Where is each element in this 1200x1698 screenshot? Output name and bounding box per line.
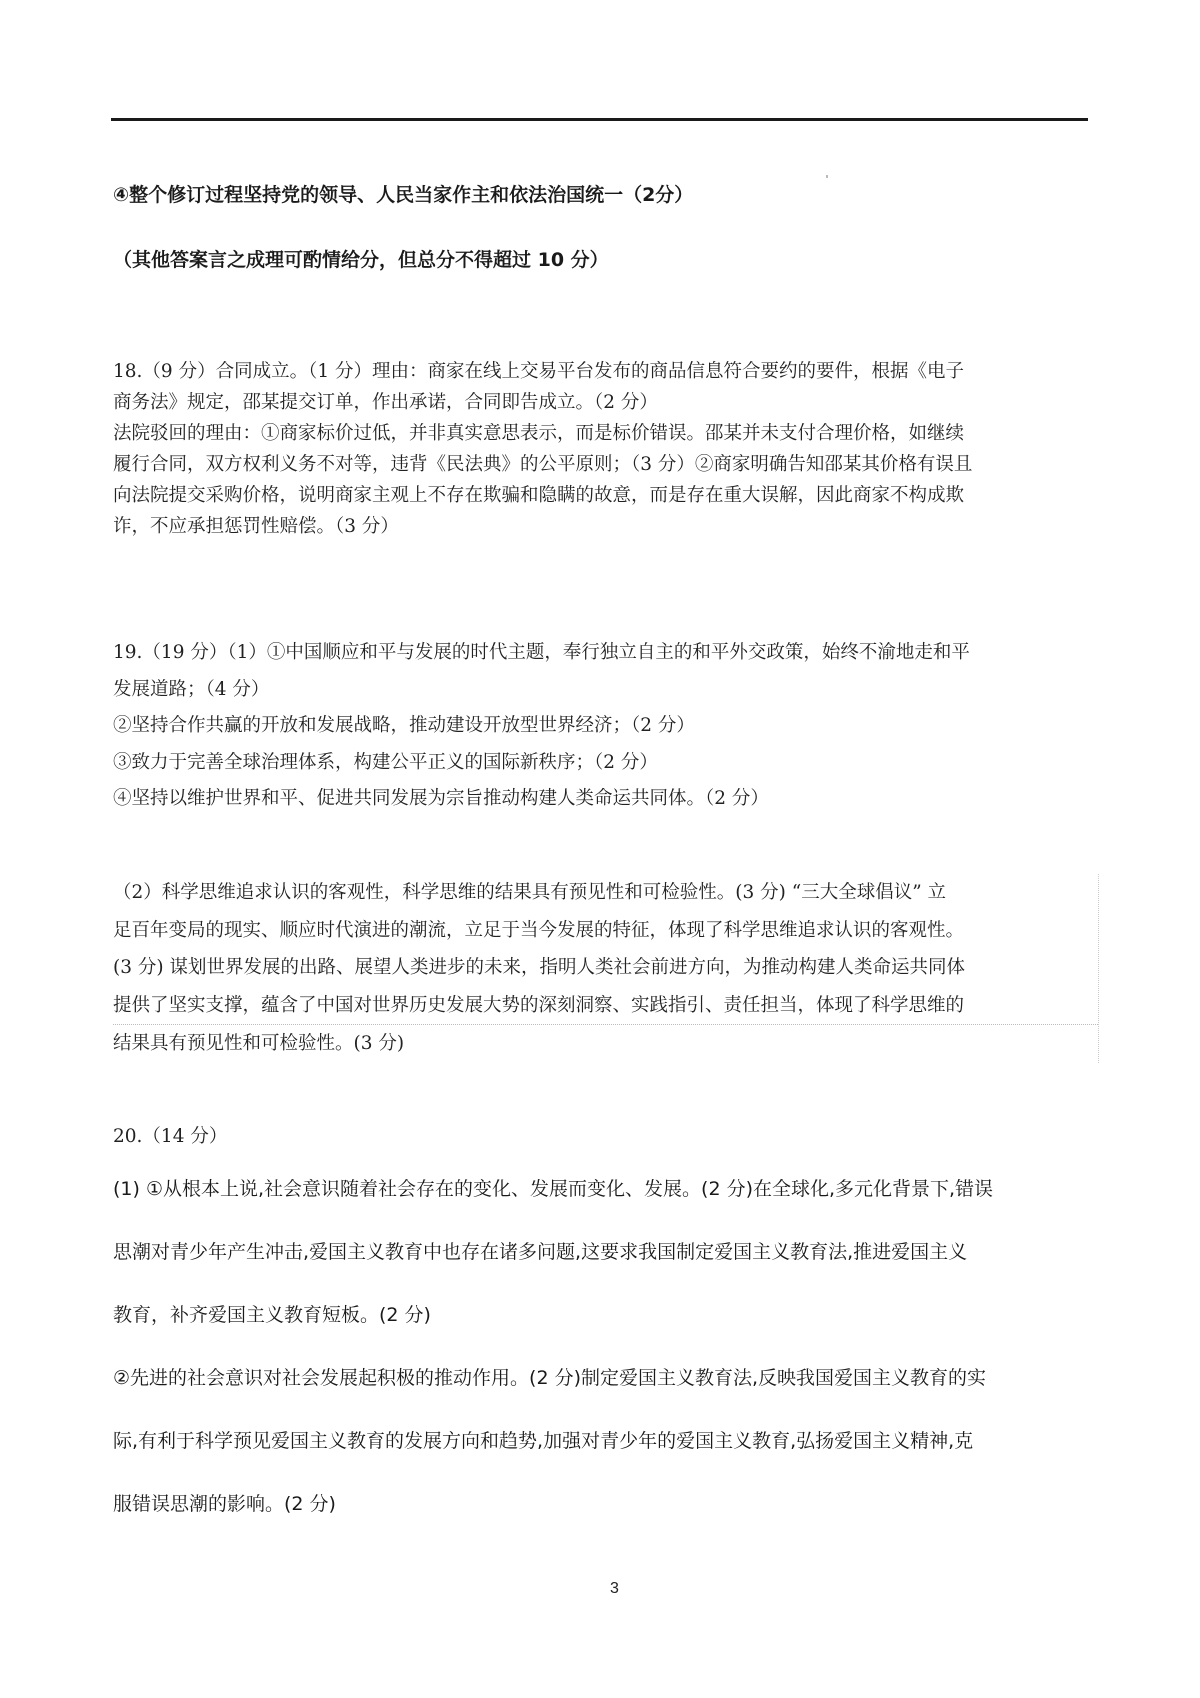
- answer-line: (1) ①从根本上说,社会意识随着社会存在的变化、发展而变化、发展。(2 分)在…: [113, 1158, 1098, 1221]
- answer-line: ④坚持以维护世界和平、促进共同发展为宗旨推动构建人类命运共同体。（2 分）: [113, 781, 1098, 818]
- answer-line: 发展道路；（4 分）: [113, 672, 1098, 709]
- answer-line: 18.（9 分）合同成立。（1 分）理由：商家在线上交易平台发布的商品信息符合要…: [113, 356, 1098, 387]
- page-number: 3: [610, 1580, 619, 1598]
- header-rule: [111, 118, 1088, 121]
- answer-line: ②坚持合作共赢的开放和发展战略，推动建设开放型世界经济；（2 分）: [113, 708, 1098, 745]
- answer-line: 诈，不应承担惩罚性赔偿。（3 分）: [113, 511, 1098, 542]
- section-18: 18.（9 分）合同成立。（1 分）理由：商家在线上交易平台发布的商品信息符合要…: [113, 356, 1098, 542]
- section-20: (1) ①从根本上说,社会意识随着社会存在的变化、发展而变化、发展。(2 分)在…: [113, 1158, 1098, 1536]
- answer-line: （2）科学思维追求认识的客观性，科学思维的结果具有预见性和可检验性。(3 分) …: [113, 874, 1098, 912]
- answer-line: 履行合同，双方权利义务不对等，违背《民法典》的公平原则；（3 分）②商家明确告知…: [113, 449, 1098, 480]
- scoring-note: （其他答案言之成理可酌情给分，但总分不得超过 10 分）: [113, 228, 1098, 293]
- answer-line: 19.（19 分）（1）①中国顺应和平与发展的时代主题，奉行独立自主的和平外交政…: [113, 635, 1098, 672]
- answer-line: ④整个修订过程坚持党的领导、人民当家作主和依法治国统一（2分）: [113, 163, 1098, 228]
- answer-line: (3 分) 谋划世界发展的出路、展望人类进步的未来，指明人类社会前进方向，为推动…: [113, 949, 1098, 987]
- answer-line: 向法院提交采购价格，说明商家主观上不存在欺骗和隐瞒的故意，而是存在重大误解，因此…: [113, 480, 1098, 511]
- answer-line: ②先进的社会意识对社会发展起积极的推动作用。(2 分)制定爱国主义教育法,反映我…: [113, 1347, 1098, 1410]
- section-19-part1: 19.（19 分）（1）①中国顺应和平与发展的时代主题，奉行独立自主的和平外交政…: [113, 635, 1098, 818]
- answer-line: 商务法》规定，邵某提交订单，作出承诺，合同即告成立。（2 分）: [113, 387, 1098, 418]
- answer-line: 服错误思潮的影响。(2 分): [113, 1473, 1098, 1536]
- answer-line: 结果具有预见性和可检验性。(3 分): [113, 1025, 1098, 1063]
- section-19-part2: （2）科学思维追求认识的客观性，科学思维的结果具有预见性和可检验性。(3 分) …: [113, 874, 1099, 1063]
- answer-line: ③致力于完善全球治理体系，构建公平正义的国际新秩序；（2 分）: [113, 745, 1098, 782]
- section-20-header: 20.（14 分）: [113, 1121, 1098, 1153]
- answer-line: 思潮对青少年产生冲击,爱国主义教育中也存在诸多问题,这要求我国制定爱国主义教育法…: [113, 1221, 1098, 1284]
- section-17-tail: ④整个修订过程坚持党的领导、人民当家作主和依法治国统一（2分） （其他答案言之成…: [113, 163, 1098, 293]
- answer-line: 教育，补齐爱国主义教育短板。(2 分): [113, 1284, 1098, 1347]
- question-header: 20.（14 分）: [113, 1121, 1098, 1153]
- answer-line: 提供了坚实支撑，蕴含了中国对世界历史发展大势的深刻洞察、实践指引、责任担当，体现…: [113, 987, 1098, 1026]
- answer-line: 足百年变局的现实、顺应时代演进的潮流，立足于当今发展的特征，体现了科学思维追求认…: [113, 912, 1098, 950]
- answer-line: 法院驳回的理由：①商家标价过低，并非真实意思表示，而是标价错误。邵某并未支付合理…: [113, 418, 1098, 449]
- answer-line: 际,有利于科学预见爱国主义教育的发展方向和趋势,加强对青少年的爱国主义教育,弘扬…: [113, 1410, 1098, 1473]
